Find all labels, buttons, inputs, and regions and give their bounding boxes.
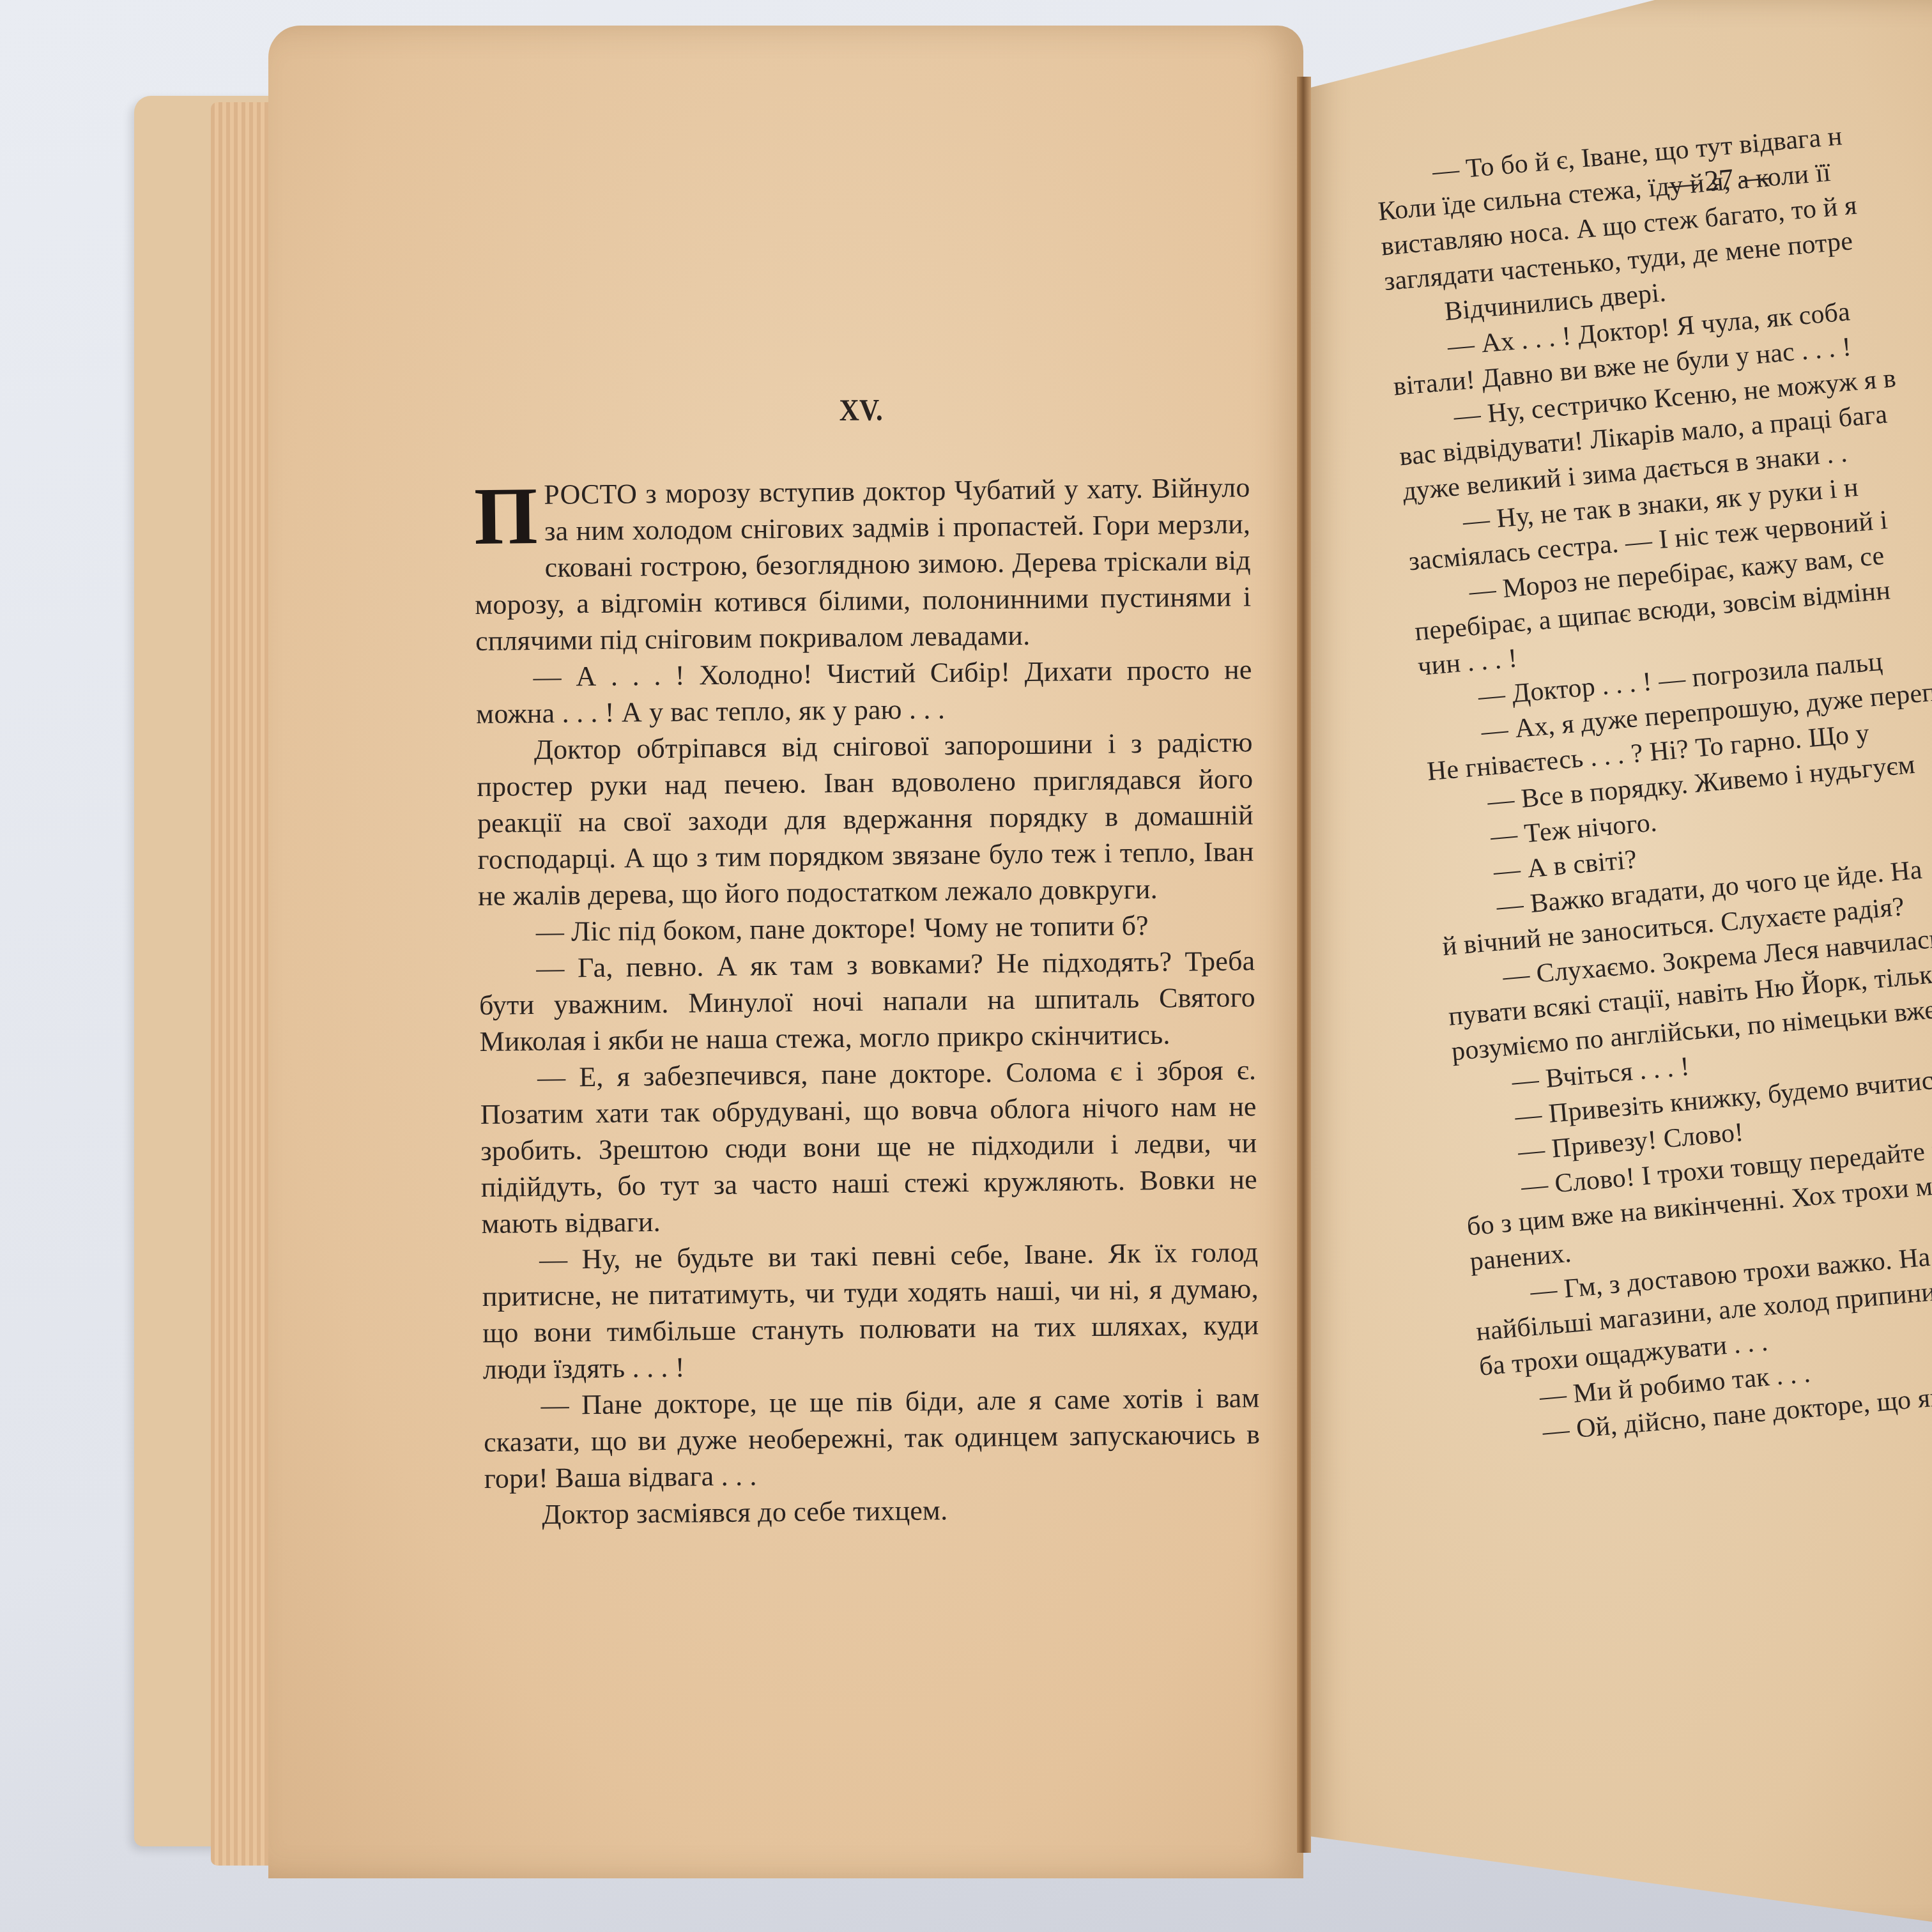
- left-page-text: XV. ПРОСТО з морозу вступив доктор Чубат…: [473, 388, 1261, 1533]
- paragraph: ПРОСТО з морозу вступив доктор Чубатий у…: [473, 469, 1252, 659]
- paragraph: — Га, певно. А як там з вовками? Не підх…: [479, 942, 1256, 1060]
- book-photo: XV. ПРОСТО з морозу вступив доктор Чубат…: [0, 0, 1932, 1932]
- book-gutter: [1297, 77, 1311, 1853]
- paragraph: — А . . . ! Холодно! Чистий Сибір! Дихат…: [475, 651, 1252, 732]
- paragraph: — Ну, не будьте ви такі певні себе, Іван…: [482, 1234, 1259, 1388]
- drop-cap: П: [473, 480, 538, 551]
- paragraph: — Е, я забезпечився, пане докторе. Солом…: [480, 1052, 1258, 1242]
- paragraph: — Пане докторе, це ще пів біди, але я са…: [483, 1379, 1261, 1497]
- paragraph: Доктор обтріпався від снігової запорошин…: [477, 724, 1255, 914]
- chapter-heading: XV.: [512, 388, 1211, 432]
